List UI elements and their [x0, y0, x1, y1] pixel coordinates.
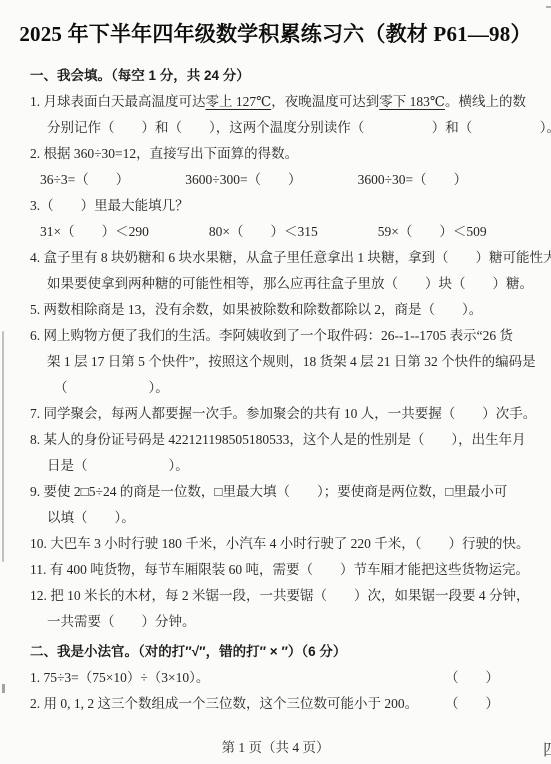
page-title: 2025 年下半年四年级数学积累练习六（教材 P61—98）: [0, 0, 551, 47]
q3-blank-3: 59×（ ）＜509: [378, 219, 487, 245]
q3-blank-2: 80×（ ）＜315: [209, 219, 318, 245]
question-7-line-1: 7. 同学聚会，每两人都要握一次手。参加聚会的共有 10 人，一共要握（ ）次手…: [30, 401, 543, 427]
question-8-line-2: 日是（ ）。: [30, 453, 543, 479]
q2-blank-1: 36÷3=（ ）: [40, 167, 129, 193]
question-1-line-1: 1. 月球表面白天最高温度可达零上 127℃，夜晚温度可达到零下 183℃。横线…: [30, 89, 543, 115]
q1-text-mid: ，夜晚温度可达到: [271, 94, 379, 109]
judge-item-2: 2. 用 0, 1, 2 这三个数组成一个三位数，这个三位数可能小于 200。 …: [30, 691, 543, 717]
question-1-line-2: 分别记作（ ）和（ ），这两个温度分别读作（ ）和（ ）。: [30, 115, 543, 141]
q2-blank-2: 3600÷300=（ ）: [185, 167, 301, 193]
section1-heading: 一、我会填。（每空 1 分，共 24 分）: [30, 63, 543, 89]
q1-text-post: 。横线上的数: [445, 94, 526, 109]
question-5-line-1: 5. 两数相除商是 13，没有余数，如果被除数和除数都除以 2，商是（ ）。: [30, 297, 543, 323]
question-4-line-1: 4. 盒子里有 8 块奶糖和 6 块水果糖，从盒子里任意拿出 1 块糖，拿到（ …: [30, 245, 543, 271]
worksheet-page: 2025 年下半年四年级数学积累练习六（教材 P61—98） 一、我会填。（每空…: [0, 0, 551, 764]
question-2-answers: 36÷3=（ ） 3600÷300=（ ） 3600÷30=（ ）: [30, 167, 543, 193]
question-3-answers: 31×（ ）＜290 80×（ ）＜315 59×（ ）＜509: [30, 219, 543, 245]
question-6-line-1: 6. 网上购物方便了我们的生活。李阿姨收到了一个取件码：26--1--1705 …: [30, 323, 543, 349]
question-9-line-1: 9. 要使 2□5÷24 的商是一位数，□里最大填（ ）；要使商是两位数，□里最…: [30, 479, 543, 505]
question-2-line-1: 2. 根据 360÷30=12，直接写出下面算的得数。: [30, 141, 543, 167]
question-4-line-2: 如果要使拿到两种糖的可能性相等，那么应再往盒子里放（ ）块（ ）糖。: [30, 271, 543, 297]
question-12-line-1: 12. 把 10 米长的木材，每 2 米锯一段，一共要锯（ ）次，如果锯一段要 …: [30, 583, 543, 609]
q1-underlined-value-1: 零上 127℃: [206, 94, 272, 109]
question-6-line-3: （ ）。: [30, 375, 543, 401]
judge-2-blank: （ ）: [445, 691, 499, 717]
judge-1-blank: （ ）: [445, 665, 499, 691]
corner-clipped-character: 四: [543, 737, 551, 760]
question-12-line-2: 一共需要（ ）分钟。: [30, 609, 543, 635]
scan-edge-artifact: [2, 331, 4, 562]
judge-1-text: 1. 75÷3=（75×10）÷（3×10）。: [30, 665, 209, 691]
worksheet-body: 一、我会填。（每空 1 分，共 24 分） 1. 月球表面白天最高温度可达零上 …: [0, 47, 551, 717]
judge-2-text: 2. 用 0, 1, 2 这三个数组成一个三位数，这个三位数可能小于 200。: [30, 691, 418, 717]
question-6-line-2: 架 1 层 17 日第 5 个快件”，按照这个规则，18 货架 4 层 21 日…: [30, 349, 543, 375]
q3-blank-1: 31×（ ）＜290: [40, 219, 149, 245]
section2-heading: 二、我是小法官。（对的打″√″，错的打″ × ″）（6 分）: [30, 639, 543, 665]
q2-blank-3: 3600÷30=（ ）: [358, 167, 468, 193]
scan-mark-artifact: [2, 684, 5, 693]
q1-text-pre: 1. 月球表面白天最高温度可达: [30, 94, 206, 109]
scan-top-artifact: [546, 6, 551, 8]
question-11-line-1: 11. 有 400 吨货物，每节车厢限装 60 吨，需要（ ）节车厢才能把这些货…: [30, 557, 543, 583]
page-number-footer: 第 1 页（共 4 页）: [0, 739, 551, 757]
q1-underlined-value-2: 零下 183℃: [379, 94, 445, 109]
question-3-line-1: 3.（ ）里最大能填几？: [30, 193, 543, 219]
question-8-line-1: 8. 某人的身份证号码是 422121198505180533，这个人是的性别是…: [30, 427, 543, 453]
question-9-line-2: 以填（ ）。: [30, 505, 543, 531]
judge-item-1: 1. 75÷3=（75×10）÷（3×10）。 （ ）: [30, 665, 543, 691]
question-10-line-1: 10. 大巴车 3 小时行驶 180 千米，小汽车 4 小时行驶了 220 千米…: [30, 531, 543, 557]
